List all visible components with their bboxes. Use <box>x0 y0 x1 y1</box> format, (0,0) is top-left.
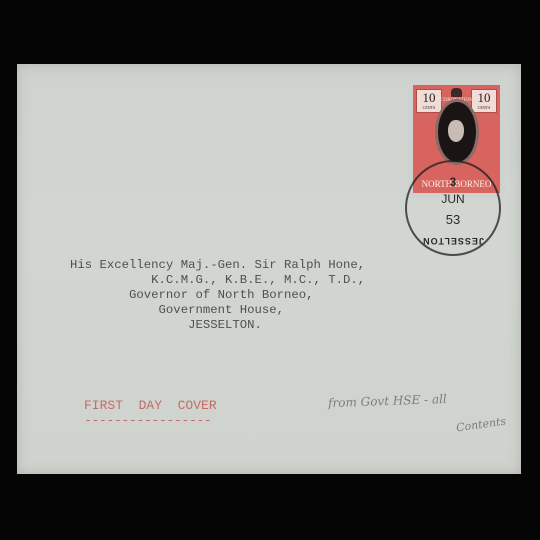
first-day-cover-label: FIRST DAY COVER <box>84 398 217 413</box>
first-day-cover-underline: ----------------- <box>84 413 212 428</box>
address-line: His Excellency Maj.-Gen. Sir Ralph Hone, <box>70 258 365 273</box>
postmark-town: JESSELTON <box>407 236 499 246</box>
postmark-year: 53 <box>407 212 499 227</box>
crown-icon <box>451 88 462 97</box>
postmark: 3 JUN 53 JESSELTON <box>405 160 501 256</box>
address-line: Governor of North Borneo, <box>70 288 365 303</box>
address-line: JESSELTON. <box>70 318 365 333</box>
recipient-address: His Excellency Maj.-Gen. Sir Ralph Hone,… <box>70 258 365 333</box>
portrait-face <box>448 120 464 142</box>
postmark-month: JUN <box>407 192 499 206</box>
address-line: K.C.M.G., K.B.E., M.C., T.D., <box>70 273 365 288</box>
queen-portrait <box>435 99 479 165</box>
postmark-day: 3 <box>407 175 499 189</box>
address-line: Government House, <box>70 303 365 318</box>
